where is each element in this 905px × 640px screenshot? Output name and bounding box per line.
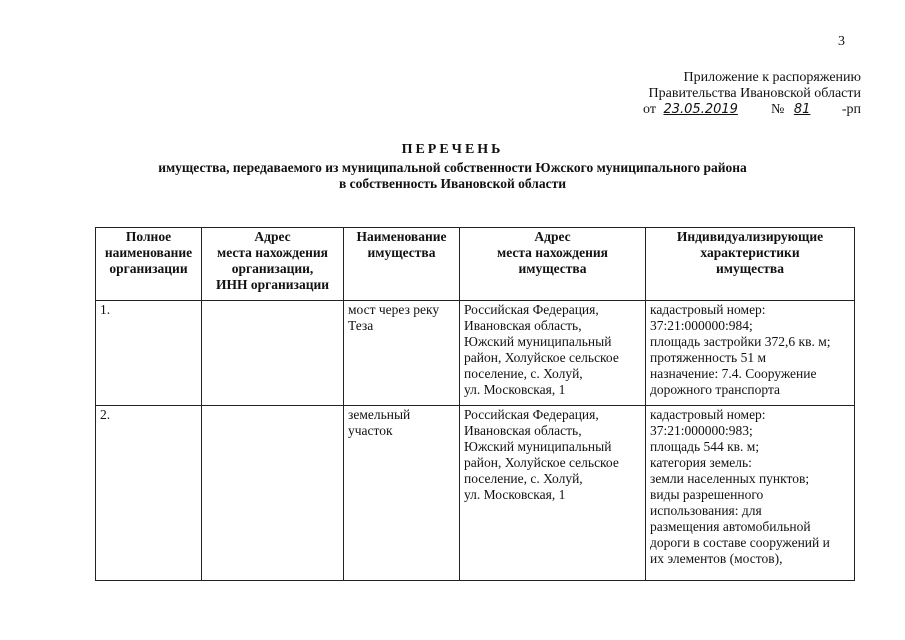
text-line: имущества <box>348 245 455 261</box>
appendix-line3: от 23.05.2019 № 81-рп <box>643 102 861 118</box>
text-line: Адрес <box>464 229 641 245</box>
text-line: наименование <box>100 245 197 261</box>
text-line: организации, <box>206 261 339 277</box>
text-line: район, Холуйское сельское <box>464 350 641 366</box>
org-address-cell <box>202 301 344 406</box>
text-line: Российская Федерация, <box>464 302 641 318</box>
characteristics-cell: кадастровый номер:37:21:000000:983;площа… <box>646 406 855 581</box>
property-table: Полноенаименованиеорганизации Адресместа… <box>95 227 855 581</box>
text-line: Южский муниципальный <box>464 334 641 350</box>
text-line: места нахождения <box>464 245 641 261</box>
row-number: 1. <box>96 301 202 406</box>
org-address-cell <box>202 406 344 581</box>
text-line: 37:21:000000:983; <box>650 423 850 439</box>
date-prefix: от <box>643 102 656 117</box>
table-row: 2. земельныйучасток Российская Федерация… <box>96 406 855 581</box>
text-line: 37:21:000000:984; <box>650 318 850 334</box>
text-line: ИНН организации <box>206 277 339 293</box>
text-line: поселение, с. Холуй, <box>464 471 641 487</box>
header-property-address: Адресместа нахожденияимущества <box>460 228 646 301</box>
text-line: дороги в составе сооружений и <box>650 535 850 551</box>
property-address-cell: Российская Федерация,Ивановская область,… <box>460 301 646 406</box>
text-line: район, Холуйское сельское <box>464 455 641 471</box>
text-line: земельный <box>348 407 455 423</box>
text-line: организации <box>100 261 197 277</box>
property-name-cell: земельныйучасток <box>344 406 460 581</box>
text-line: кадастровый номер: <box>650 407 850 423</box>
text-line: Адрес <box>206 229 339 245</box>
row-number: 2. <box>96 406 202 581</box>
text-line: назначение: 7.4. Сооружение <box>650 366 850 382</box>
text-line: мост через реку <box>348 302 455 318</box>
text-line: Индивидуализирующие <box>650 229 850 245</box>
text-line: Ивановская область, <box>464 423 641 439</box>
text-line: Наименование <box>348 229 455 245</box>
text-line: характеристики <box>650 245 850 261</box>
characteristics-cell: кадастровый номер:37:21:000000:984;площа… <box>646 301 855 406</box>
text-line: Полное <box>100 229 197 245</box>
text-line: Южский муниципальный <box>464 439 641 455</box>
text-line: поселение, с. Холуй, <box>464 366 641 382</box>
property-name-cell: мост через рекуТеза <box>344 301 460 406</box>
subtitle-line2: в собственность Ивановской области <box>0 176 905 192</box>
text-line: виды разрешенного <box>650 487 850 503</box>
text-line: Теза <box>348 318 455 334</box>
text-line: ул. Московская, 1 <box>464 487 641 503</box>
document-subtitle: имущества, передаваемого из муниципально… <box>0 160 905 192</box>
text-line: земли населенных пунктов; <box>650 471 850 487</box>
text-line: кадастровый номер: <box>650 302 850 318</box>
text-line: площадь 544 кв. м; <box>650 439 850 455</box>
text-line: имущества <box>464 261 641 277</box>
document-heading: ПЕРЕЧЕНЬ <box>0 142 905 158</box>
text-line: категория земель: <box>650 455 850 471</box>
text-line: размещения автомобильной <box>650 519 850 535</box>
text-line: ул. Московская, 1 <box>464 382 641 398</box>
header-org-address: Адресместа нахожденияорганизации,ИНН орг… <box>202 228 344 301</box>
header-property-name: Наименованиеимущества <box>344 228 460 301</box>
table-row: 1. мост через рекуТеза Российская Федера… <box>96 301 855 406</box>
page-number: 3 <box>838 34 845 50</box>
text-line: места нахождения <box>206 245 339 261</box>
text-line: Российская Федерация, <box>464 407 641 423</box>
property-address-cell: Российская Федерация,Ивановская область,… <box>460 406 646 581</box>
text-line: площадь застройки 372,6 кв. м; <box>650 334 850 350</box>
number-prefix: № <box>771 102 784 117</box>
text-line: Ивановская область, <box>464 318 641 334</box>
subtitle-line1: имущества, передаваемого из муниципально… <box>0 160 905 176</box>
appendix-line1: Приложение к распоряжению <box>643 70 861 86</box>
text-line: их элементов (мостов), <box>650 551 850 567</box>
appendix-block: Приложение к распоряжению Правительства … <box>643 70 861 118</box>
number-suffix: -рп <box>842 102 861 117</box>
text-line: дорожного транспорта <box>650 382 850 398</box>
text-line: имущества <box>650 261 850 277</box>
text-line: использования: для <box>650 503 850 519</box>
header-org-name: Полноенаименованиеорганизации <box>96 228 202 301</box>
appendix-line2: Правительства Ивановской области <box>643 86 861 102</box>
handwritten-number: 81 <box>788 102 842 118</box>
header-characteristics: Индивидуализирующиехарактеристикиимущест… <box>646 228 855 301</box>
text-line: протяженность 51 м <box>650 350 850 366</box>
handwritten-date: 23.05.2019 <box>659 102 767 118</box>
text-line: участок <box>348 423 455 439</box>
table-header-row: Полноенаименованиеорганизации Адресместа… <box>96 228 855 301</box>
